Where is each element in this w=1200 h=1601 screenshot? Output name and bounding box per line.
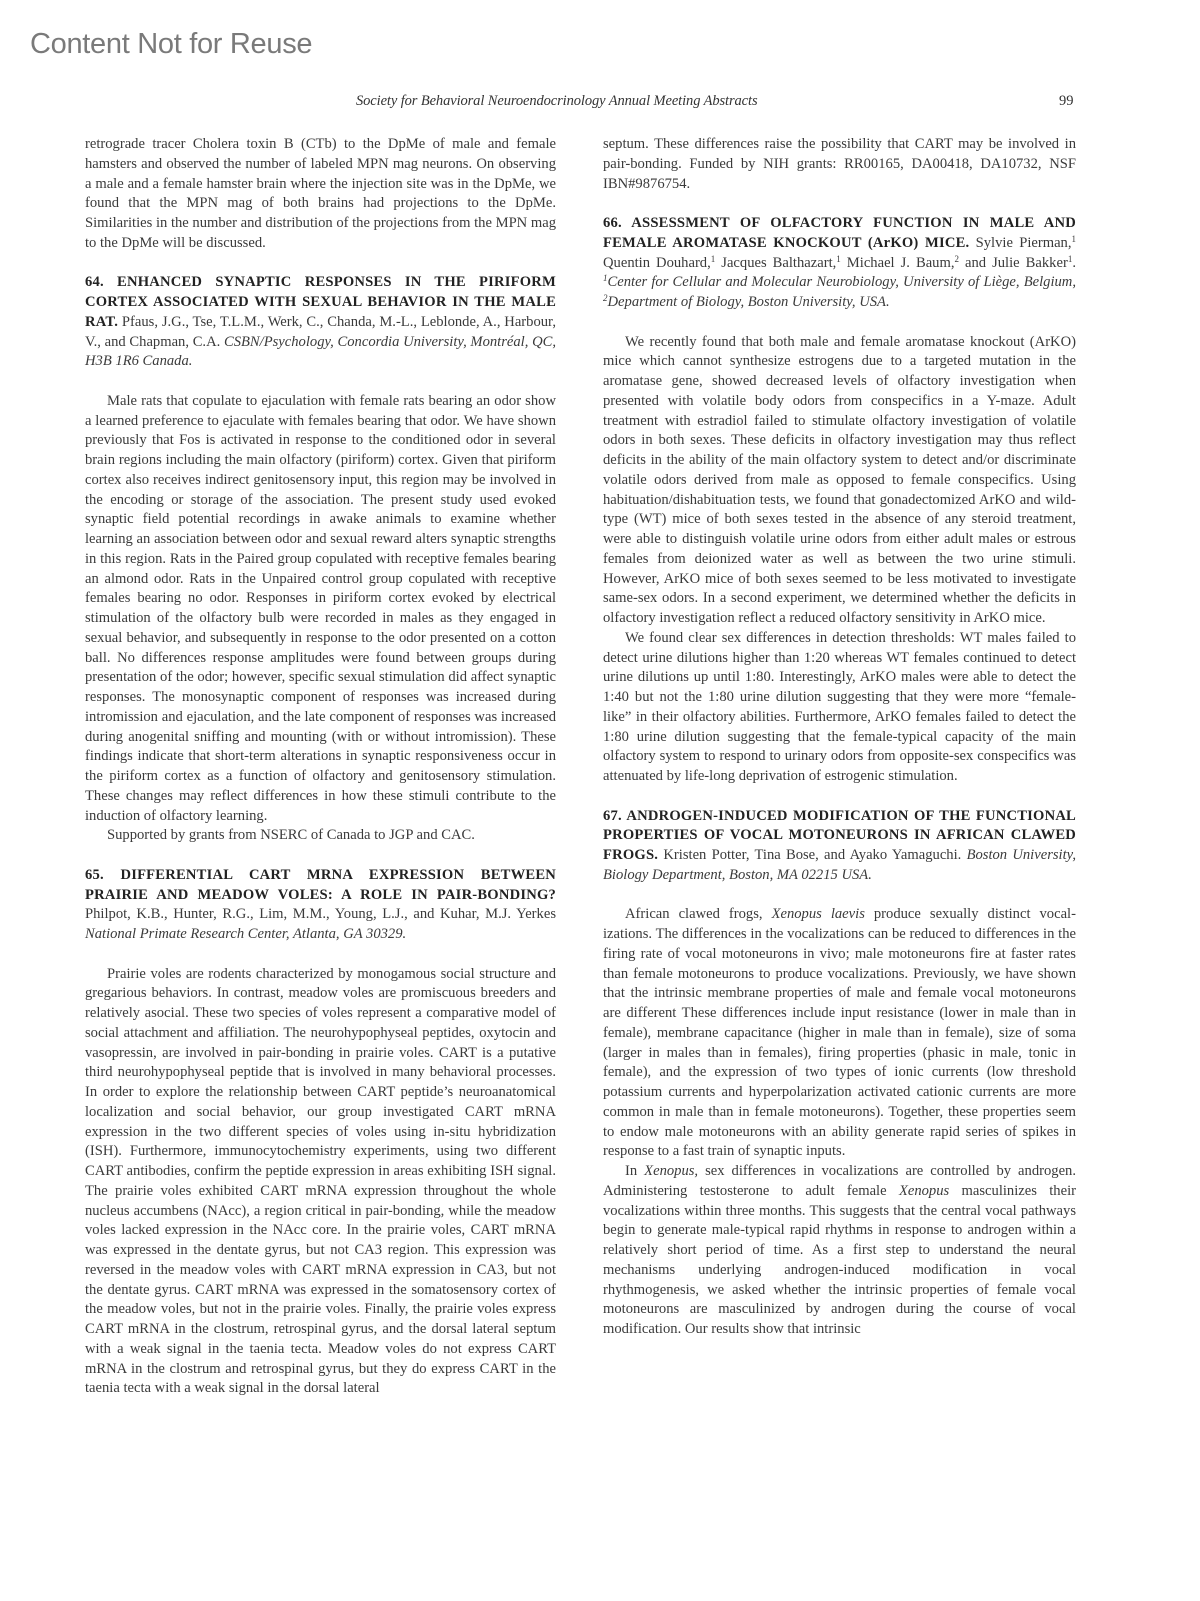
abstract-67: 67. ANDROGEN-INDUCED MODIFICATION OF THE… (603, 807, 1076, 1340)
author-1: Sylvie Pierman,1 (976, 235, 1076, 251)
abstract-64-funding: Supported by grants from NSERC of Canada… (85, 826, 556, 846)
abstract-67-authors: Kristen Potter, Tina Bose, and Ayako Yam… (663, 847, 961, 863)
abstract-66-body-p1: We recently found that both male and fem… (603, 333, 1076, 629)
author-2: Quentin Douhard,1 (603, 255, 715, 271)
abstract-64-heading: 64. ENHANCED SYNAPTIC RESPONSES IN THE P… (85, 273, 556, 372)
abstract-65-authors: Philpot, K.B., Hunter, R.G., Lim, M.M., … (85, 906, 556, 922)
abstract-65-continuation: septum. These differences raise the poss… (603, 135, 1076, 194)
right-column: septum. These differences raise the poss… (603, 135, 1076, 1340)
abstract-65-affiliation: National Primate Research Center, Atlant… (85, 926, 406, 942)
abstract-66: 66. ASSESSMENT OF OLFACTORY FUNCTION IN … (603, 214, 1076, 787)
left-column: retrograde tracer Cholera toxin B (CTb) … (85, 135, 556, 1399)
abstract-65: 65. DIFFERENTIAL CART MRNA EXPRESSION BE… (85, 866, 556, 1399)
abstract-65-title: 65. DIFFERENTIAL CART MRNA EXPRESSION BE… (85, 867, 556, 903)
abstract-66-heading: 66. ASSESSMENT OF OLFACTORY FUNCTION IN … (603, 214, 1076, 313)
affiliation-2: 2Department of Biology, Boston Universit… (603, 294, 890, 310)
abstract-67-body-p1: African clawed frogs, Xenopus laevis pro… (603, 905, 1076, 1162)
continued-abstract-text: retrograde tracer Cholera toxin B (CTb) … (85, 135, 556, 254)
abstract-65-heading: 65. DIFFERENTIAL CART MRNA EXPRESSION BE… (85, 866, 556, 945)
abstract-67-heading: 67. ANDROGEN-INDUCED MODIFICATION OF THE… (603, 807, 1076, 886)
abstract-64-body: Male rats that copulate to ejaculation w… (85, 392, 556, 827)
watermark: Content Not for Reuse (30, 28, 312, 61)
author-3: Jacques Balthazart,1 (721, 255, 841, 271)
genus-name: Xenopus, (644, 1163, 698, 1179)
abstract-65-body: Prairie voles are rodents characterized … (85, 965, 556, 1400)
genus-name: Xenopus (899, 1183, 949, 1199)
affiliation-1: 1Center for Cellular and Molecular Neuro… (603, 274, 1076, 290)
species-name: Xenopus laevis (772, 906, 865, 922)
abstract-66-body-p2: We found clear sex differences in detect… (603, 629, 1076, 787)
abstract-64: 64. ENHANCED SYNAPTIC RESPONSES IN THE P… (85, 273, 556, 846)
running-header: Society for Behavioral Neuroendocrinolog… (0, 93, 1200, 113)
author-4: Michael J. Baum,2 (847, 255, 959, 271)
journal-title: Society for Behavioral Neuroendocrinolog… (356, 93, 757, 110)
page-number: 99 (1059, 93, 1074, 110)
author-5: and Julie Bakker1. (965, 255, 1076, 271)
abstract-67-body-p2: In Xenopus, sex differences in vocalizat… (603, 1162, 1076, 1340)
